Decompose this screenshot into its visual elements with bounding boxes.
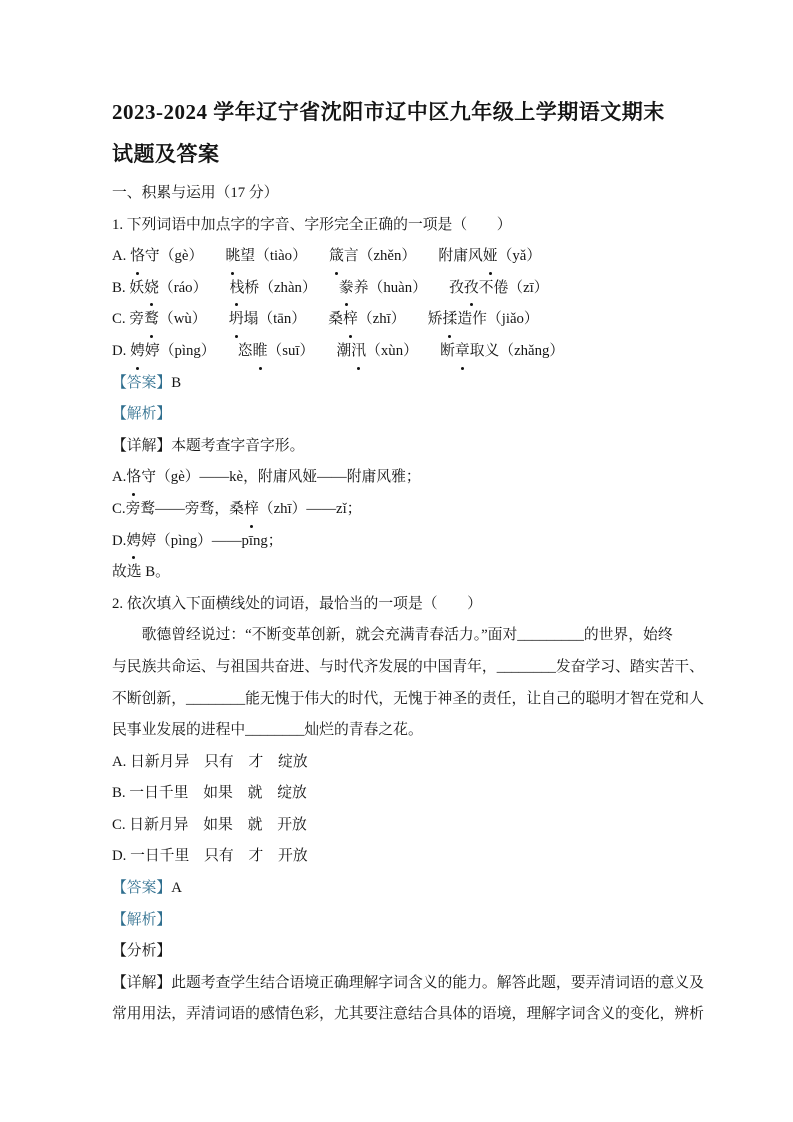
q1-stem: 1. 下列词语中加点字的字音、字形完全正确的一项是（ ）	[112, 210, 717, 242]
question-2: 2. 依次填入下面横线处的词语，最恰当的一项是（ ） 歌德曾经说过：“不断变革创…	[112, 589, 717, 1031]
q1-analysis-label: 【解析】	[112, 399, 717, 431]
q2-answer: 【答案】A	[112, 873, 717, 905]
q2-analysis-label: 【解析】	[112, 905, 717, 937]
q1-detail: 【详解】本题考查字音字形。	[112, 431, 717, 463]
q2-option-a: A. 日新月异 只有 才 绽放	[112, 747, 717, 779]
q2-option-c: C. 日新月异 如果 就 开放	[112, 810, 717, 842]
document-title-line-2: 试题及答案	[112, 133, 717, 175]
q2-option-b: B. 一日千里 如果 就 绽放	[112, 778, 717, 810]
q2-passage-line-4: 民事业发展的进程中________灿烂的青春之花。	[112, 715, 717, 747]
q2-detail-line-1: 【详解】此题考查学生结合语境正确理解字词含义的能力。解答此题，要弄清词语的意义及	[112, 968, 717, 1000]
question-1: 1. 下列词语中加点字的字音、字形完全正确的一项是（ ） A. 恪守（gè） 眺…	[112, 210, 717, 589]
q2-fenxi-label: 【分析】	[112, 936, 717, 968]
q1-explain-d: D.娉婷（pìng）——pīng；	[112, 526, 717, 558]
document-title-line-1: 2023-2024 学年辽宁省沈阳市辽中区九年级上学期语文期末	[112, 91, 717, 133]
q2-passage-line-2: 与民族共命运、与祖国共奋进、与时代齐发展的中国青年，________发奋学习、踏…	[112, 652, 717, 684]
q1-conclusion: 故选 B。	[112, 557, 717, 589]
section-accumulation-and-use: 一、积累与运用（17 分） 1. 下列词语中加点字的字音、字形完全正确的一项是（…	[112, 178, 717, 1031]
exam-document-page: 2023-2024 学年辽宁省沈阳市辽中区九年级上学期语文期末 试题及答案 一、…	[0, 0, 793, 1122]
q2-stem: 2. 依次填入下面横线处的词语，最恰当的一项是（ ）	[112, 589, 717, 621]
q2-option-d: D. 一日千里 只有 才 开放	[112, 841, 717, 873]
q1-option-b: B. 妖娆（ráo） 栈桥（zhàn） 豢养（huàn） 孜孜不倦（zī）	[112, 273, 717, 305]
section-heading: 一、积累与运用（17 分）	[112, 178, 717, 210]
q1-option-a: A. 恪守（gè） 眺望（tiào） 箴言（zhěn） 附庸风娅（yǎ）	[112, 241, 717, 273]
q2-detail-line-2: 常用用法，弄清词语的感情色彩，尤其要注意结合具体的语境，理解字词含义的变化，辨析	[112, 999, 717, 1031]
q1-option-c: C. 旁鹜（wù） 坍塌（tān） 桑梓（zhī） 矫揉造作（jiǎo）	[112, 304, 717, 336]
document-title: 2023-2024 学年辽宁省沈阳市辽中区九年级上学期语文期末 试题及答案	[112, 91, 717, 175]
q1-explain-a: A.恪守（gè）——kè，附庸风娅——附庸风雅；	[112, 462, 717, 494]
q1-explain-c: C.旁鹜——旁骛，桑梓（zhī）——zǐ；	[112, 494, 717, 526]
q1-answer: 【答案】B	[112, 368, 717, 400]
q2-passage-line-1: 歌德曾经说过：“不断变革创新，就会充满青春活力。”面对_________的世界，…	[112, 620, 717, 652]
q2-passage-line-3: 不断创新，________能无愧于伟大的时代，无愧于神圣的责任，让自己的聪明才智…	[112, 684, 717, 716]
q1-option-d: D. 娉婷（pìng） 恣睢（suī） 潮汛（xùn） 断章取义（zhǎng）	[112, 336, 717, 368]
